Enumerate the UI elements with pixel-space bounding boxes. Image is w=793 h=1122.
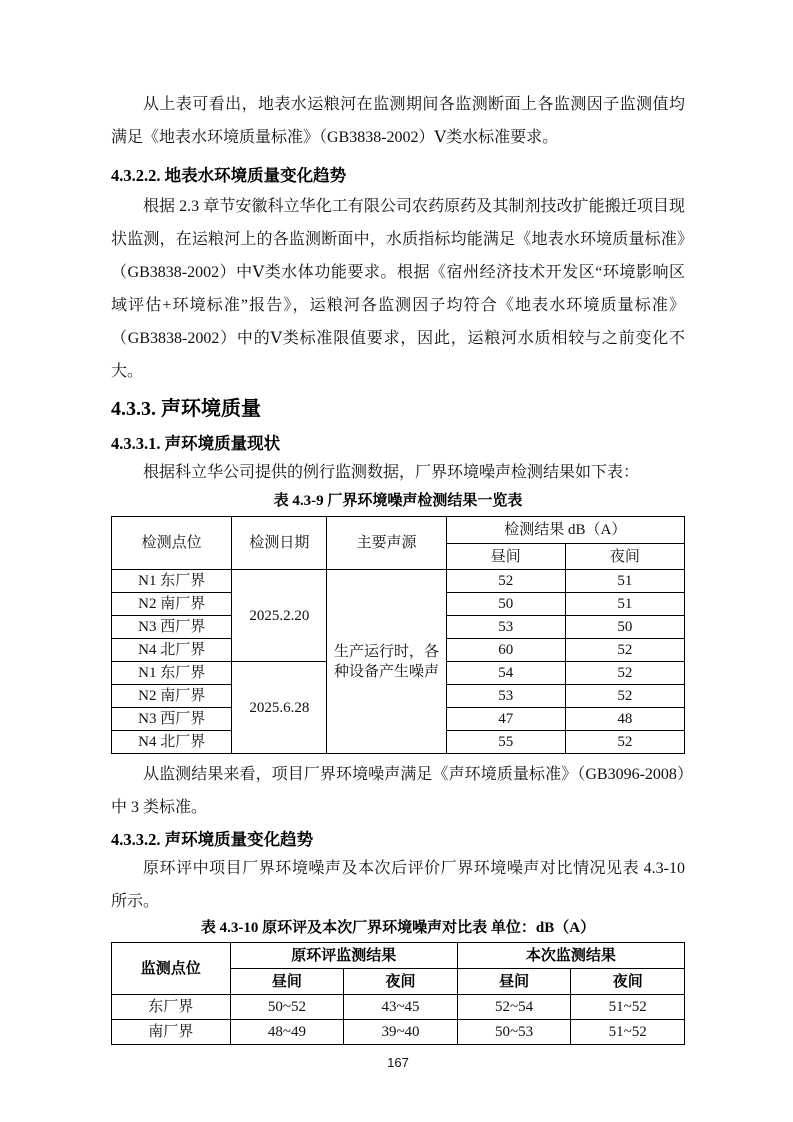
page-number: 167 xyxy=(111,1055,685,1070)
night-cell: 52 xyxy=(565,731,684,754)
day-cell: 50 xyxy=(446,593,565,616)
table2-header-cur-day: 昼间 xyxy=(457,969,571,995)
point-cell: N4 北厂界 xyxy=(112,731,232,754)
point-cell: N3 西厂界 xyxy=(112,708,232,731)
heading-4-3-2-2: 4.3.2.2. 地表水环境质量变化趋势 xyxy=(111,164,685,188)
table1-header-result-group: 检测结果 dB（A） xyxy=(446,517,684,544)
paragraph-surface-water-trend: 根据 2.3 章节安徽科立华化工有限公司农药原药及其制剂技改扩能搬迁项目现状监测… xyxy=(111,190,685,388)
table2-header-orig-group: 原环评监测结果 xyxy=(230,943,457,969)
table1-caption: 表 4.3-9 厂界环境噪声检测结果一览表 xyxy=(111,491,685,511)
noise-results-table: 检测点位 检测日期 主要声源 检测结果 dB（A） 昼间 夜间 N1 东厂界 2… xyxy=(111,516,685,754)
orig-day-cell: 50~52 xyxy=(230,995,344,1020)
point-cell: N2 南厂界 xyxy=(112,685,232,708)
cur-day-cell: 50~53 xyxy=(457,1020,571,1045)
night-cell: 51 xyxy=(565,570,684,593)
table1-header-day: 昼间 xyxy=(446,544,565,570)
night-cell: 51 xyxy=(565,593,684,616)
heading-4-3-3-2: 4.3.3.2. 声环境质量变化趋势 xyxy=(111,828,685,852)
cur-night-cell: 51~52 xyxy=(571,1020,685,1045)
night-cell: 52 xyxy=(565,639,684,662)
table2-header-orig-night: 夜间 xyxy=(344,969,458,995)
night-cell: 52 xyxy=(565,662,684,685)
day-cell: 47 xyxy=(446,708,565,731)
noise-source-cell: 生产运行时，各种设备产生噪声 xyxy=(327,570,446,754)
date-cell: 2025.6.28 xyxy=(232,662,327,754)
table1-header-point: 检测点位 xyxy=(112,517,232,570)
point-cell: N2 南厂界 xyxy=(112,593,232,616)
day-cell: 53 xyxy=(446,685,565,708)
heading-4-3-3: 4.3.3. 声环境质量 xyxy=(111,396,685,422)
point-cell: 南厂界 xyxy=(112,1020,231,1045)
orig-night-cell: 39~40 xyxy=(344,1020,458,1045)
day-cell: 54 xyxy=(446,662,565,685)
point-cell: N1 东厂界 xyxy=(112,662,232,685)
table2-header-point: 监测点位 xyxy=(112,943,231,995)
heading-4-3-3-1: 4.3.3.1. 声环境质量现状 xyxy=(111,432,685,456)
paragraph-noise-comparison-intro: 原环评中项目厂界环境噪声及本次后评价厂界环境噪声对比情况见表 4.3-10 所示… xyxy=(111,852,685,918)
day-cell: 52 xyxy=(446,570,565,593)
table1-header-source: 主要声源 xyxy=(327,517,446,570)
orig-day-cell: 48~49 xyxy=(230,1020,344,1045)
point-cell: N4 北厂界 xyxy=(112,639,232,662)
night-cell: 48 xyxy=(565,708,684,731)
table2-header-current-group: 本次监测结果 xyxy=(457,943,684,969)
paragraph-noise-intro: 根据科立华公司提供的例行监测数据，厂界环境噪声检测结果如下表： xyxy=(111,456,685,489)
point-cell: 东厂界 xyxy=(112,995,231,1020)
date-cell: 2025.2.20 xyxy=(232,570,327,662)
table-row: N1 东厂界 2025.2.20 生产运行时，各种设备产生噪声 52 51 xyxy=(112,570,685,593)
day-cell: 53 xyxy=(446,616,565,639)
paragraph-surface-water-summary: 从上表可看出，地表水运粮河在监测期间各监测断面上各监测因子监测值均满足《地表水环… xyxy=(111,88,685,154)
night-cell: 52 xyxy=(565,685,684,708)
noise-comparison-table: 监测点位 原环评监测结果 本次监测结果 昼间 夜间 昼间 夜间 东厂界 50~5… xyxy=(111,942,685,1045)
table1-header-date: 检测日期 xyxy=(232,517,327,570)
orig-night-cell: 43~45 xyxy=(344,995,458,1020)
paragraph-noise-conclusion: 从监测结果来看，项目厂界环境噪声满足《声环境质量标准》（GB3096-2008）… xyxy=(111,758,685,824)
night-cell: 50 xyxy=(565,616,684,639)
page-content: 从上表可看出，地表水运粮河在监测期间各监测断面上各监测因子监测值均满足《地表水环… xyxy=(111,0,685,1070)
point-cell: N1 东厂界 xyxy=(112,570,232,593)
cur-day-cell: 52~54 xyxy=(457,995,571,1020)
day-cell: 60 xyxy=(446,639,565,662)
table1-header-night: 夜间 xyxy=(565,544,684,570)
day-cell: 55 xyxy=(446,731,565,754)
point-cell: N3 西厂界 xyxy=(112,616,232,639)
document-page: 从上表可看出，地表水运粮河在监测期间各监测断面上各监测因子监测值均满足《地表水环… xyxy=(0,0,793,1122)
table-row: 东厂界 50~52 43~45 52~54 51~52 xyxy=(112,995,685,1020)
table2-header-cur-night: 夜间 xyxy=(571,969,685,995)
cur-night-cell: 51~52 xyxy=(571,995,685,1020)
table2-caption: 表 4.3-10 原环评及本次厂界环境噪声对比表 单位：dB（A） xyxy=(111,918,685,938)
table-row: 南厂界 48~49 39~40 50~53 51~52 xyxy=(112,1020,685,1045)
table2-header-orig-day: 昼间 xyxy=(230,969,344,995)
